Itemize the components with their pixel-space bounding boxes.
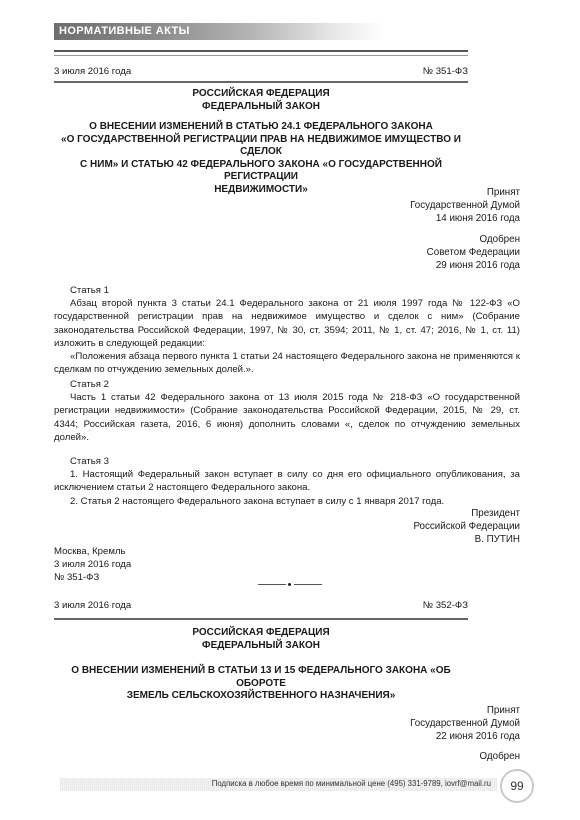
page-number: 99 xyxy=(500,769,534,803)
law2-title-line: О ВНЕСЕНИИ ИЗМЕНЕНИЙ В СТАТЬИ 13 И 15 ФЕ… xyxy=(54,665,468,690)
section-title: НОРМАТИВНЫЕ АКТЫ xyxy=(59,25,190,37)
law1-approved: Одобрен Советом Федерации 29 июня 2016 г… xyxy=(427,233,520,272)
law2-heading-country: РОССИЙСКАЯ ФЕДЕРАЦИЯ xyxy=(54,627,468,640)
law2-adopted: Принят Государственной Думой 22 июня 201… xyxy=(410,704,520,743)
adopted-label: Принят xyxy=(410,186,520,199)
article-title: Статья 3 xyxy=(54,455,520,468)
signature-title: Президент xyxy=(413,507,520,520)
law1-rule xyxy=(54,81,468,83)
article-paragraph: 2. Статья 2 настоящего Федерального зако… xyxy=(54,495,520,508)
law1-article-2: Статья 2 Часть 1 статьи 42 Федерального … xyxy=(54,378,520,444)
law1-date: 3 июля 2016 года xyxy=(54,66,131,77)
approved-date: 29 июня 2016 года xyxy=(427,259,520,272)
approved-label: Одобрен xyxy=(480,750,521,763)
law1-title-line: С НИМ» И СТАТЬЮ 42 ФЕДЕРАЛЬНОГО ЗАКОНА «… xyxy=(54,159,468,184)
adopted-body: Государственной Думой xyxy=(410,717,520,730)
section-separator xyxy=(258,583,322,587)
signing-place: Москва, Кремль xyxy=(54,545,131,558)
law1-title: О ВНЕСЕНИИ ИЗМЕНЕНИЙ В СТАТЬЮ 24.1 ФЕДЕР… xyxy=(54,121,468,196)
law1-article-1: Статья 1 Абзац второй пункта 3 статьи 24… xyxy=(54,284,520,376)
law2-rule xyxy=(54,618,468,620)
law1-title-line: НЕДВИЖИМОСТИ» xyxy=(54,184,468,197)
article-paragraph: «Положения абзаца первого пункта 1 стать… xyxy=(54,350,520,376)
subscription-text: Подписка в любое время по минимальной це… xyxy=(212,779,491,788)
section-header: НОРМАТИВНЫЕ АКТЫ xyxy=(54,23,384,40)
adopted-date: 22 июня 2016 года xyxy=(410,730,520,743)
law1-number: № 351-ФЗ xyxy=(423,66,468,77)
signature-title: Российской Федерации xyxy=(413,520,520,533)
law1-title-line: О ВНЕСЕНИИ ИЗМЕНЕНИЙ В СТАТЬЮ 24.1 ФЕДЕР… xyxy=(54,121,468,134)
approved-label: Одобрен xyxy=(427,233,520,246)
law2-heading: РОССИЙСКАЯ ФЕДЕРАЦИЯ ФЕДЕРАЛЬНЫЙ ЗАКОН xyxy=(54,627,468,652)
adopted-body: Государственной Думой xyxy=(410,199,520,212)
law1-title-line: «О ГОСУДАРСТВЕННОЙ РЕГИСТРАЦИИ ПРАВ НА Н… xyxy=(54,134,468,159)
adopted-label: Принят xyxy=(410,704,520,717)
header-rule xyxy=(54,50,468,56)
law1-article-3: Статья 3 1. Настоящий Федеральный закон … xyxy=(54,455,520,508)
law2-date: 3 июля 2016 года xyxy=(54,600,131,611)
signing-date: 3 июля 2016 года xyxy=(54,558,131,571)
law1-place-date: Москва, Кремль 3 июля 2016 года № 351-ФЗ xyxy=(54,545,131,584)
law1-heading-type: ФЕДЕРАЛЬНЫЙ ЗАКОН xyxy=(54,101,468,114)
law1-heading: РОССИЙСКАЯ ФЕДЕРАЦИЯ ФЕДЕРАЛЬНЫЙ ЗАКОН xyxy=(54,88,468,113)
law2-heading-type: ФЕДЕРАЛЬНЫЙ ЗАКОН xyxy=(54,640,468,653)
law2-approved: Одобрен xyxy=(480,750,521,763)
signing-number: № 351-ФЗ xyxy=(54,571,131,584)
article-paragraph: Часть 1 статьи 42 Федерального закона от… xyxy=(54,391,520,444)
article-title: Статья 2 xyxy=(54,378,520,391)
footer-subscription-bar: Подписка в любое время по минимальной це… xyxy=(60,778,497,791)
law1-adopted: Принят Государственной Думой 14 июня 201… xyxy=(410,186,520,225)
adopted-date: 14 июня 2016 года xyxy=(410,212,520,225)
journal-page: НОРМАТИВНЫЕ АКТЫ 3 июля 2016 года № 351-… xyxy=(0,0,580,820)
law2-meta: 3 июля 2016 года № 352-ФЗ xyxy=(54,600,468,614)
approved-body: Советом Федерации xyxy=(427,246,520,259)
law1-signature: Президент Российской Федерации В. ПУТИН xyxy=(413,507,520,546)
signature-name: В. ПУТИН xyxy=(413,533,520,546)
law1-meta: 3 июля 2016 года № 351-ФЗ xyxy=(54,66,468,80)
article-title: Статья 1 xyxy=(54,284,520,297)
law1-heading-country: РОССИЙСКАЯ ФЕДЕРАЦИЯ xyxy=(54,88,468,101)
law2-title-line: ЗЕМЕЛЬ СЕЛЬСКОХОЗЯЙСТВЕННОГО НАЗНАЧЕНИЯ» xyxy=(54,690,468,703)
article-paragraph: Абзац второй пункта 3 статьи 24.1 Федера… xyxy=(54,297,520,350)
article-paragraph: 1. Настоящий Федеральный закон вступает … xyxy=(54,468,520,494)
law2-number: № 352-ФЗ xyxy=(423,600,468,611)
law2-title: О ВНЕСЕНИИ ИЗМЕНЕНИЙ В СТАТЬИ 13 И 15 ФЕ… xyxy=(54,665,468,703)
